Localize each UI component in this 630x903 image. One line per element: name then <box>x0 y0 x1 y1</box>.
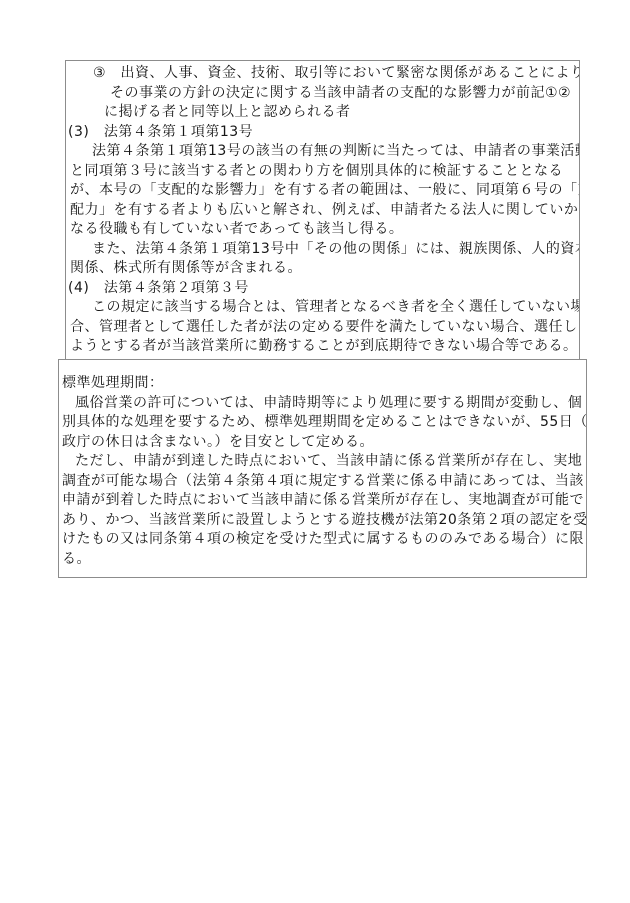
text-line: けたもの又は同条第４項の検定を受けた型式に属するもののみである場合）に限 <box>62 530 586 550</box>
text-line: なる役職も有していない者であっても該当し得る。 <box>68 220 579 240</box>
text-line: この規定に該当する場合とは、管理者となるべき者を全く選任していない場 <box>68 298 579 318</box>
legal-notes-lines: ③ 出資、人事、資金、技術、取引等において緊密な関係があることにより、その事業の… <box>68 64 579 357</box>
text-line: 風俗営業の許可については、申請時期等により処理に要する期間が変動し、個 <box>62 394 586 414</box>
text-line: 法第４条第１項第13号の該当の有無の判断に当たっては、申請者の事業活動 <box>68 142 579 162</box>
text-line: (4) 法第４条第２項第３号 <box>68 279 579 299</box>
text-line: また、法第４条第１項第13号中「その他の関係」には、親族関係、人的資本 <box>68 240 579 260</box>
text-line: 別具体的な処理を要するため、標準処理期間を定めることはできないが、55日（行 <box>62 413 586 433</box>
text-line: 申請が到着した時点において当該申請に係る営業所が存在し、実地調査が可能で <box>62 491 586 511</box>
text-line: 合、管理者として選任した者が法の定める要件を満たしていない場合、選任し <box>68 318 579 338</box>
text-line: 配力」を有する者よりも広いと解され、例えば、申請者たる法人に関していか <box>68 201 579 221</box>
processing-period-lines: 標準処理期間：風俗営業の許可については、申請時期等により処理に要する期間が変動し… <box>62 374 586 569</box>
text-line: あり、かつ、当該営業所に設置しようとする遊技機が法第20条第２項の認定を受 <box>62 511 586 531</box>
text-line: (3) 法第４条第１項第13号 <box>68 123 579 143</box>
text-line: る。 <box>62 550 586 570</box>
text-line: に掲げる者と同等以上と認められる者 <box>68 103 579 123</box>
text-line: 関係、株式所有関係等が含まれる。 <box>68 259 579 279</box>
text-line: 政庁の休日は含まない。）を目安として定める。 <box>62 433 586 453</box>
text-line: ただし、申請が到達した時点において、当該申請に係る営業所が存在し、実地 <box>62 452 586 472</box>
text-line: 標準処理期間： <box>62 374 586 394</box>
text-line: その事業の方針の決定に関する当該申請者の支配的な影響力が前記①② <box>68 84 579 104</box>
cell-legal-notes: ③ 出資、人事、資金、技術、取引等において緊密な関係があることにより、その事業の… <box>65 60 580 359</box>
text-line: ようとする者が当該営業所に勤務することが到底期待できない場合等である。 <box>68 337 579 357</box>
text-line: ③ 出資、人事、資金、技術、取引等において緊密な関係があることにより、 <box>68 64 579 84</box>
cell-standard-processing-period: 標準処理期間：風俗営業の許可については、申請時期等により処理に要する期間が変動し… <box>58 359 587 578</box>
text-line: と同項第３号に該当する者との関わり方を個別具体的に検証することとなる <box>68 162 579 182</box>
document-page: ③ 出資、人事、資金、技術、取引等において緊密な関係があることにより、その事業の… <box>0 0 630 903</box>
text-line: 調査が可能な場合（法第４条第４項に規定する営業に係る申請にあっては、当該 <box>62 472 586 492</box>
text-line: が、本号の「支配的な影響力」を有する者の範囲は、一般に、同項第６号の「支 <box>68 181 579 201</box>
